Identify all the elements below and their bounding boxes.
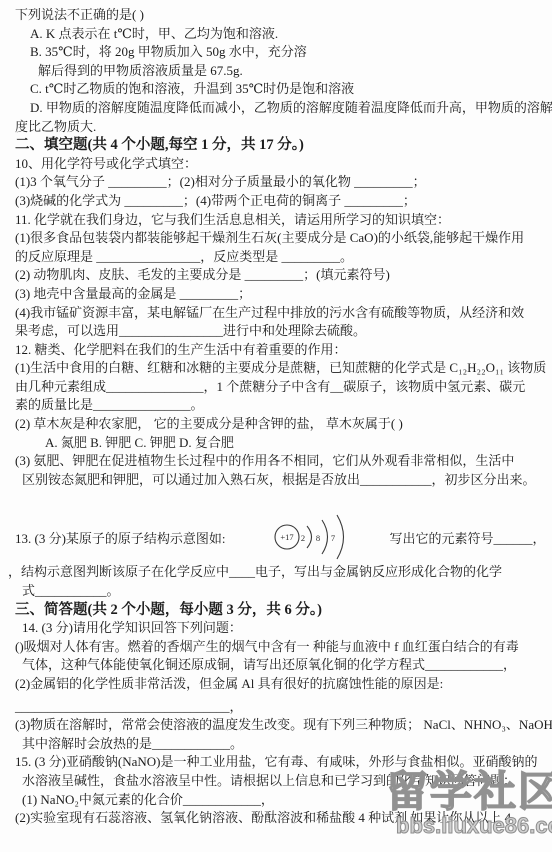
text-line: 二、填空题(共 4 个小题,每空 1 分，共 17 分。)	[15, 136, 552, 155]
text-line: 气体，这种气体能使氧化铜还原成铜，请写出还原氧化铜的化学方程式_________…	[22, 656, 552, 675]
text-line: (2) 草木灰是种农家肥， 它的主要成分是种含钾的盐， 草木灰属于( )	[15, 415, 552, 434]
text-line: ，结构示意图判断该原子在化学反应中____电子，写出与金属钠反应形成化合物的化学	[8, 563, 552, 582]
exam-lines-top: 下列说法不正确的是( )A. K 点表示在 t℃时，甲、乙均为饱和溶液.B. 3…	[0, 6, 552, 489]
watermark-logo: 留学社区	[386, 770, 552, 814]
electron-shell-arc	[322, 520, 328, 554]
text-line: (1)3 个氧气分子 _________；(2)相对分子质量最小的氧化物 ___…	[15, 173, 552, 192]
watermark-url: bbs.liuxue86.com	[396, 814, 552, 838]
shell-electron-count: 2	[300, 533, 304, 543]
text-line: 三、简答题(共 2 个小题，每小题 3 分，共 6 分。)	[15, 601, 552, 620]
text-line: (2) 动物肌肉、皮肤、毛发的主要成分是 _________；(填元素符号)	[15, 266, 552, 285]
shell-electron-count: 8	[315, 533, 319, 543]
text-line: A. K 点表示在 t℃时，甲、乙均为饱和溶液.	[30, 25, 552, 44]
text-line: 度比乙物质大.	[15, 118, 552, 137]
text-line: 下列说法不正确的是( )	[15, 6, 552, 25]
text-line: (4)我市锰矿资源丰富，某电解锰厂在生产过程中排放的污水含有硫酸等物质，从经济和…	[15, 304, 552, 323]
text-line: 素的质量比是_______________。	[15, 396, 552, 415]
text-line: (3)物质在溶解时，常常会使溶液的温度发生改变。现有下列三种物质； NaCl、N…	[15, 716, 552, 735]
shell-electron-count: 7	[330, 533, 334, 543]
text-line: _________________________________，	[15, 698, 552, 717]
q13-atomic-structure-row: 13. (3 分)某原子的原子结构示意图如: +17 2 8 7 写出它的元素符…	[0, 511, 552, 563]
text-line: (3) 地壳中含量最高的金属是 _________；	[15, 285, 552, 304]
text-line: 其中溶解时会放热的是____________。	[22, 735, 552, 754]
exam-page: 下列说法不正确的是( )A. K 点表示在 t℃时，甲、乙均为饱和溶液.B. 3…	[0, 6, 552, 828]
text-line: 的反应原理是 ________________，反应类型是 _________。	[15, 248, 552, 267]
electron-shell-arc	[307, 526, 312, 548]
text-line: C. t℃时乙物质的饱和溶液，升温到 35℃时仍是饱和溶液	[30, 80, 552, 99]
text-line: 11. 化学就在我们身边，它与我们生活息息相关，请运用所学习的知识填空：	[15, 211, 552, 230]
text-line: 14. (3 分)请用化学知识回答下列问题：	[22, 619, 552, 638]
text-line: (3)烧碱的化学式为 _________；(4)带两个正电荷的铜离子 _____…	[15, 192, 552, 211]
text-line: D. 甲物质的溶解度随温度降低而减小，乙物质的溶解度随着温度降低而升高，甲物质的…	[30, 99, 552, 118]
text-line: 10、用化学符号或化学式填空：	[15, 155, 552, 174]
q13-text-before: 13. (3 分)某原子的原子结构示意图如:	[15, 528, 226, 547]
text-line: 12. 糖类、化学肥料在我们的生产生活中有着重要的作用：	[15, 341, 552, 360]
text-line: (3) 氨肥、钾肥在促进植物生长过程中的作用各不相同，它们从外观看非常相似，生活…	[15, 452, 552, 471]
text-line: B. 35℃时，将 20g 甲物质加入 50g 水中，充分溶	[30, 43, 552, 62]
text-line: (1)很多食品包装袋内都装能够起干燥剂生石灰(主要成分是 CaO)的小纸袋,能够…	[15, 229, 552, 248]
text-line: 解后得到的甲物质溶液质量是 67.5g.	[38, 62, 552, 81]
atomic-structure-diagram: +17 2 8 7	[272, 511, 376, 563]
nucleus-charge-label: +17	[280, 532, 293, 542]
text-line: 果考虑，可以选用________________进行中和处理除去硫酸。	[15, 322, 552, 341]
text-line: 由几种元素组成_______________，1 个蔗糖分子中含有__碳原子，该…	[15, 378, 552, 397]
text-line: ()吸烟对人体有害。燃着的香烟产生的烟气中含有一 种能与血液中 f 血红蛋白结合…	[15, 638, 552, 657]
text-line: 区别铵态氮肥和钾肥，可以通过加入熟石灰，根据是否放出___________，初步…	[22, 471, 552, 490]
text-line: (2)金属铝的化学性质非常活泼，但金属 Al 具有很好的抗腐蚀性能的原因是:	[15, 675, 552, 694]
text-line: (1)生活中食用的白糖、红糖和冰糖的主要成分是蔗糖，已知蔗糖的化学式是 C₁₂H…	[15, 359, 552, 378]
q13-text-after: 写出它的元素符号______，	[390, 528, 546, 547]
electron-shell-arc	[337, 515, 344, 559]
text-line: A. 氮肥 B. 钾肥 C. 钾肥 D. 复合肥	[45, 434, 552, 453]
text-line: 式___________。	[22, 582, 552, 601]
